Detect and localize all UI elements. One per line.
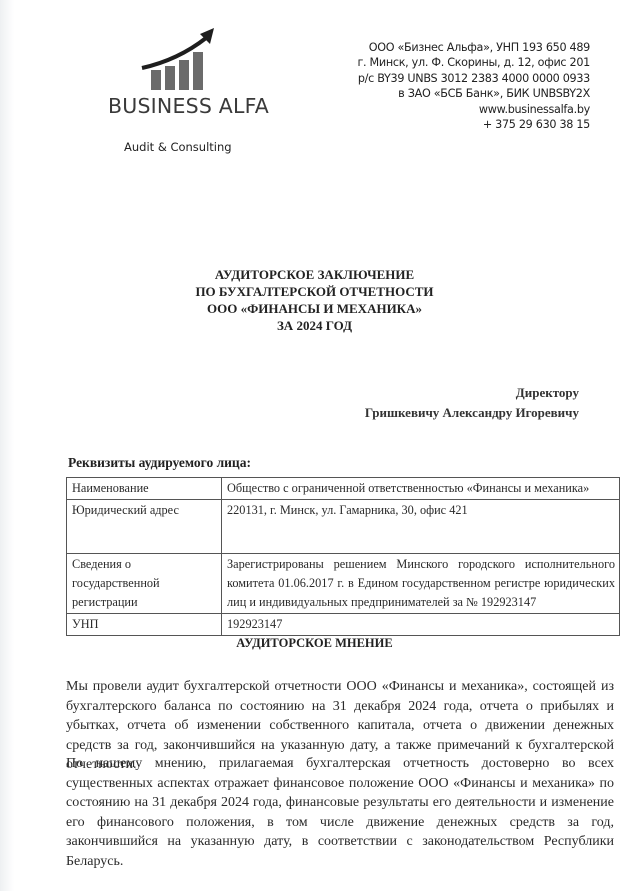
addressee-name: Гришкевичу Александру Игоревичу bbox=[365, 403, 579, 423]
title-line: ПО БУХГАЛТЕРСКОЙ ОТЧЕТНОСТИ bbox=[0, 283, 629, 300]
document-title: АУДИТОРСКОЕ ЗАКЛЮЧЕНИЕ ПО БУХГАЛТЕРСКОЙ … bbox=[0, 266, 629, 334]
row-label: Наименование bbox=[67, 478, 222, 500]
addressee: Директору Гришкевичу Александру Игоревич… bbox=[365, 383, 579, 423]
brand-tagline: Audit & Consulting bbox=[124, 140, 232, 154]
opinion-heading: АУДИТОРСКОЕ МНЕНИЕ bbox=[0, 636, 629, 651]
requisites-heading: Реквизиты аудируемого лица: bbox=[68, 455, 251, 471]
requisites-table: Наименование Общество с ограниченной отв… bbox=[66, 477, 620, 636]
contact-website: www.businessalfa.by bbox=[357, 102, 590, 117]
row-value: Зарегистрированы решением Минского город… bbox=[222, 554, 620, 614]
table-row: Сведения о государственной регистрации З… bbox=[67, 554, 620, 614]
row-value: 220131, г. Минск, ул. Гамарника, 30, офи… bbox=[222, 500, 620, 554]
addressee-position: Директору bbox=[365, 383, 579, 403]
title-line: ООО «ФИНАНСЫ И МЕХАНИКА» bbox=[0, 300, 629, 317]
company-logo: BUSINESS ALFA Audit & Consulting bbox=[104, 24, 274, 164]
row-value: Общество с ограниченной ответственностью… bbox=[222, 478, 620, 500]
row-label: УНП bbox=[67, 614, 222, 636]
title-line: ЗА 2024 ГОД bbox=[0, 317, 629, 334]
row-value: 192923147 bbox=[222, 614, 620, 636]
row-label: Юридический адрес bbox=[67, 500, 222, 554]
brand-name: BUSINESS ALFA bbox=[108, 94, 269, 118]
table-row: УНП 192923147 bbox=[67, 614, 620, 636]
contact-phone: + 375 29 630 38 15 bbox=[357, 117, 590, 132]
row-label: Сведения о государственной регистрации bbox=[67, 554, 222, 614]
contact-company-unp: ООО «Бизнес Альфа», УНП 193 650 489 bbox=[357, 40, 590, 55]
contact-address: г. Минск, ул. Ф. Скорины, д. 12, офис 20… bbox=[357, 55, 590, 70]
company-contacts: ООО «Бизнес Альфа», УНП 193 650 489 г. М… bbox=[357, 40, 590, 132]
table-row: Наименование Общество с ограниченной отв… bbox=[67, 478, 620, 500]
contact-bank-account: р/с BY39 UNBS 3012 2383 4000 0000 0933 bbox=[357, 71, 590, 86]
title-line: АУДИТОРСКОЕ ЗАКЛЮЧЕНИЕ bbox=[0, 266, 629, 283]
scan-edge-shadow bbox=[0, 0, 14, 891]
opinion-paragraph-conclusion: По нашему мнению, прилагаемая бухгалтерс… bbox=[66, 754, 614, 872]
growth-bars-arrow-icon bbox=[140, 26, 220, 92]
contact-bank: в ЗАО «БСБ Банк», БИК UNBSBY2X bbox=[357, 86, 590, 101]
table-row: Юридический адрес 220131, г. Минск, ул. … bbox=[67, 500, 620, 554]
